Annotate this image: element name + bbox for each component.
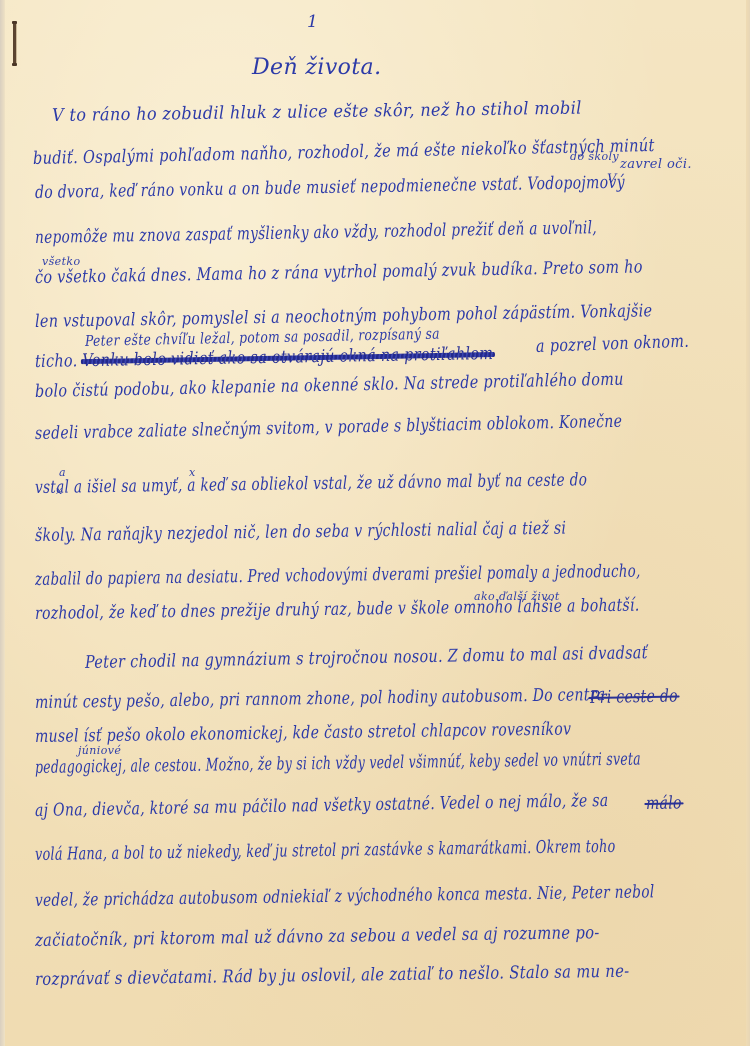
text-line: sedeli vrabce zaliate slnečným svitom, v… (35, 412, 623, 444)
text-line: aj Ona, dievča, ktoré sa mu páčilo nad v… (35, 791, 609, 821)
text-line: nepomôže mu znova zaspať myšlienky ako v… (35, 218, 597, 248)
text-line: V to ráno ho zobudil hluk z ulice ešte s… (52, 99, 582, 126)
paper-right-edge (746, 0, 750, 1046)
text-line-content: V to ráno ho zobudil hluk z ulice ešte s… (52, 99, 582, 126)
struck-text: málo (646, 793, 682, 814)
text-line: zabalil do papiera na desiatu. Pred vcho… (35, 562, 641, 590)
text-line-content: školy. Na raňajky nezjedol nič, len do s… (35, 519, 567, 546)
text-line: musel ísť pešo okolo ekonomickej, kde ča… (35, 720, 572, 747)
text-line: rozprávať s dievčatami. Rád by ju oslovi… (35, 962, 630, 990)
struck-text-container: Pri ceste do (590, 686, 678, 708)
text-line: budiť. Ospalými pohľadom naňho, rozhodol… (33, 136, 655, 169)
insertion-caret: V (607, 172, 617, 187)
text-line-content: Peter chodil na gymnázium s trojročnou n… (85, 643, 648, 673)
text-line-content: minút cesty pešo, alebo, pri rannom zhon… (35, 685, 606, 713)
text-line-content: rozhodol, že keď to dnes prežije druhý r… (35, 596, 640, 624)
text-line: pedagogickej, ale cestou. Možno, že by s… (35, 750, 641, 778)
text-line: Peter chodil na gymnázium s trojročnou n… (85, 643, 648, 673)
text-line-content: budiť. Ospalými pohľadom naňho, rozhodol… (33, 136, 655, 169)
text-line-content: čo všetko čaká dnes. Mama ho z rána vytr… (35, 257, 643, 288)
text-line: vedel, že prichádza autobusom odniekiaľ … (35, 882, 655, 911)
text-line: začiatočník, pri ktorom mal už dávno za … (35, 923, 600, 951)
text-line: čo všetko čaká dnes. Mama ho z rána vytr… (35, 257, 643, 288)
insertion-marker: a (59, 466, 66, 479)
insertion-marker: x (189, 466, 196, 479)
text-line: minút cesty pešo, alebo, pri rannom zhon… (35, 685, 606, 713)
manuscript-page: 1 Deň života. V to ráno ho zobudil hluk … (0, 0, 750, 1046)
paper-left-edge (0, 0, 5, 1046)
text-line-content: rozprávať s dievčatami. Rád by ju oslovi… (35, 962, 630, 990)
text-line-content: pedagogickej, ale cestou. Možno, že by s… (35, 750, 641, 778)
text-line-content: bolo čistú podobu, ako klepanie na okenn… (35, 370, 624, 402)
text-line: do dvora, keď ráno vonku a on bude musie… (35, 173, 625, 203)
insertion-above: všetko (42, 255, 80, 268)
text-line-content: zabalil do papiera na desiatu. Pred vcho… (35, 562, 641, 590)
text-line-content: musel ísť pešo okolo ekonomickej, kde ča… (35, 720, 572, 747)
document-title: Deň života. (252, 55, 381, 80)
text-line: bolo čistú podobu, ako klepanie na okenn… (35, 370, 624, 402)
text-line: volá Hana, a bol to už niekedy, keď ju s… (35, 837, 616, 865)
struck-text: Pri ceste do (590, 686, 678, 708)
insertion-above: do školy (570, 150, 619, 163)
text-line-end: a pozrel von oknom. (536, 332, 690, 357)
text-line-content: nepomôže mu znova zaspať myšlienky ako v… (35, 218, 597, 248)
text-line-content: sedeli vrabce zaliate slnečným svitom, v… (35, 412, 623, 444)
text-line: školy. Na raňajky nezjedol nič, len do s… (35, 519, 567, 546)
text-line-content: vedel, že prichádza autobusom odniekiaľ … (35, 882, 655, 911)
staple (13, 22, 16, 65)
insertion-end: zavrel oči. (620, 157, 692, 172)
text-line-content: začiatočník, pri ktorom mal už dávno za … (35, 923, 600, 951)
text-line: vstal a išiel sa umyť, a keď sa obliekol… (35, 470, 588, 498)
text-line-content: do dvora, keď ráno vonku a on bude musie… (35, 173, 625, 203)
text-line-content: ticho. (35, 351, 78, 372)
struck-text-container: málo (646, 793, 682, 814)
page-number: 1 (307, 12, 318, 32)
text-line-content: aj Ona, dievča, ktoré sa mu páčilo nad v… (35, 791, 609, 821)
text-line: rozhodol, že keď to dnes prežije druhý r… (35, 596, 640, 624)
insertion-marker: x (56, 484, 63, 497)
text-line-content: vstal a išiel sa umyť, a keď sa obliekol… (35, 470, 588, 498)
text-line-content: volá Hana, a bol to už niekedy, keď ju s… (35, 837, 616, 865)
